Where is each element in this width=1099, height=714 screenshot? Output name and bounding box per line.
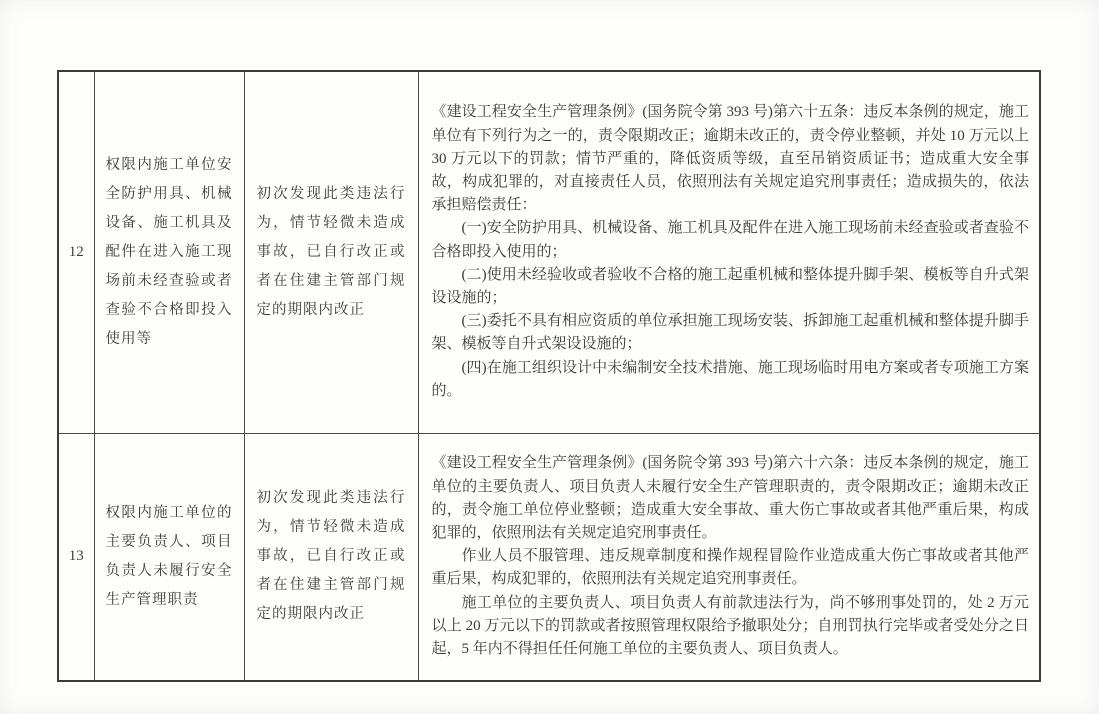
violation-text: 权限内施工单位的主要负责人、项目负责人未履行安全生产管理职责 [106, 499, 233, 615]
table-row-13: 13 权限内施工单位的主要负责人、项目负责人未履行安全生产管理职责 初次发现此类… [58, 433, 1040, 681]
legal-paragraph: 《建设工程安全生产管理条例》(国务院令第 393 号)第六十五条：违反本条例的规… [432, 101, 1030, 217]
legal-paragraph: 施工单位的主要负责人、项目负责人有前款违法行为，尚不够刑事处罚的，处 2 万元以… [432, 592, 1030, 662]
handling-text: 初次发现此类违法行为，情节轻微未造成事故，已自行改正或者在住建主管部门规定的期限… [257, 484, 406, 629]
handling-cell: 初次发现此类违法行为，情节轻微未造成事故，已自行改正或者在住建主管部门规定的期限… [244, 71, 418, 433]
scanned-page: 12 权限内施工单位安全防护用具、机械设备、施工机具及配件在进入施工现场前未经查… [0, 0, 1099, 714]
legal-paragraph: (四)在施工组织设计中未编制安全技术措施、施工现场临时用电方案或者专项施工方案的… [432, 357, 1030, 403]
legal-paragraph: 作业人员不服管理、违反规章制度和操作规程冒险作业造成重大伤亡事故或者其他严重后果… [432, 545, 1030, 591]
handling-cell: 初次发现此类违法行为，情节轻微未造成事故，已自行改正或者在住建主管部门规定的期限… [244, 433, 418, 681]
row-number: 12 [69, 244, 84, 260]
violation-cell: 权限内施工单位安全防护用具、机械设备、施工机具及配件在进入施工现场前未经查验或者… [94, 71, 244, 433]
row-number: 13 [69, 548, 84, 564]
legal-paragraph: 《建设工程安全生产管理条例》(国务院令第 393 号)第六十六条：违反本条例的规… [432, 452, 1030, 545]
legal-paragraph: (三)委托不具有相应资质的单位承担施工现场安装、拆卸施工起重机械和整体提升脚手架… [432, 310, 1030, 356]
violation-text: 权限内施工单位安全防护用具、机械设备、施工机具及配件在进入施工现场前未经查验或者… [106, 151, 233, 354]
handling-text: 初次发现此类违法行为，情节轻微未造成事故，已自行改正或者在住建主管部门规定的期限… [257, 180, 406, 325]
regulation-table: 12 权限内施工单位安全防护用具、机械设备、施工机具及配件在进入施工现场前未经查… [57, 70, 1041, 682]
row-number-cell: 12 [58, 71, 94, 433]
table-row-12: 12 权限内施工单位安全防护用具、机械设备、施工机具及配件在进入施工现场前未经查… [58, 71, 1040, 433]
legal-basis-cell: 《建设工程安全生产管理条例》(国务院令第 393 号)第六十五条：违反本条例的规… [418, 71, 1040, 433]
legal-paragraph: (二)使用未经验收或者验收不合格的施工起重机械和整体提升脚手架、模板等自升式架设… [432, 264, 1030, 310]
legal-paragraph: (一)安全防护用具、机械设备、施工机具及配件在进入施工现场前未经查验或者查验不合… [432, 217, 1030, 263]
violation-cell: 权限内施工单位的主要负责人、项目负责人未履行安全生产管理职责 [94, 433, 244, 681]
row-number-cell: 13 [58, 433, 94, 681]
legal-basis-cell: 《建设工程安全生产管理条例》(国务院令第 393 号)第六十六条：违反本条例的规… [418, 433, 1040, 681]
